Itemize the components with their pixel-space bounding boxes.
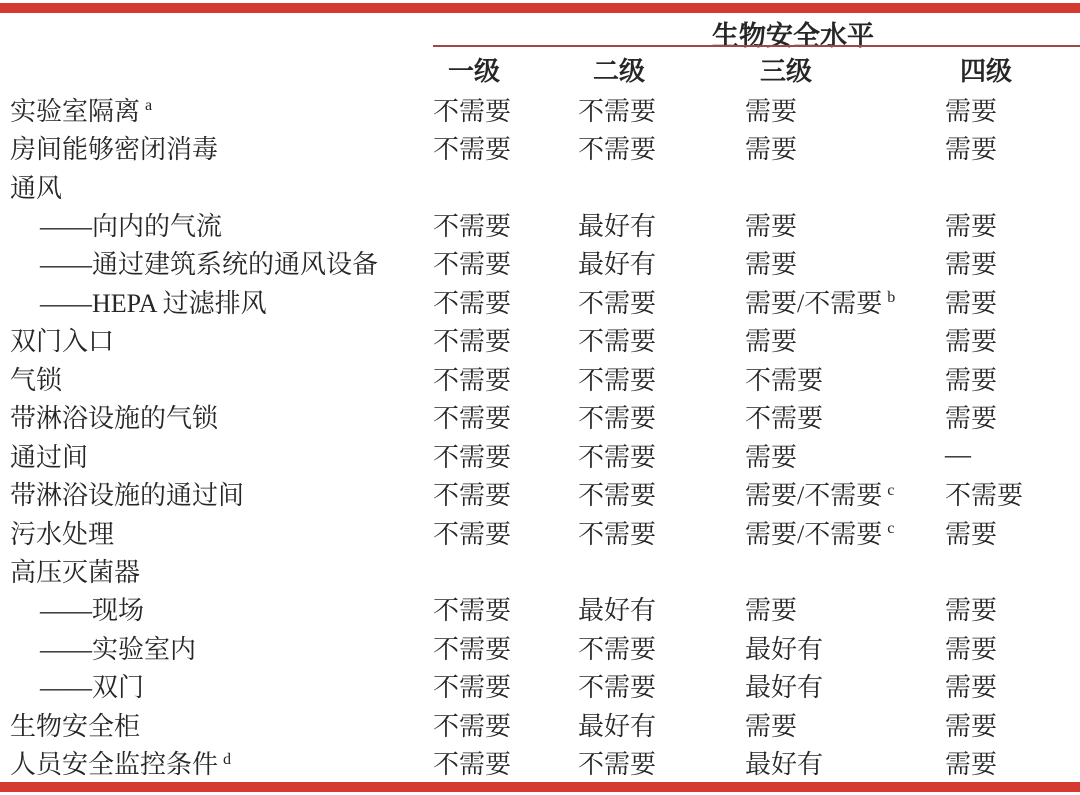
cell-value: 需要 (745, 327, 797, 356)
row-label-text: ——HEPA 过滤排风 (40, 289, 267, 318)
cell-level-4: 需要 (945, 283, 1080, 320)
top-red-rule (0, 3, 1080, 13)
cell-value: 不需要 (578, 520, 656, 549)
cell-level-2: 不需要 (578, 514, 745, 551)
cell-level-1: 不需要 (433, 398, 578, 435)
cell-value: 不需要 (433, 212, 511, 241)
cell-value: 需要 (945, 404, 997, 433)
cell-value: 不需要 (578, 404, 656, 433)
row-label: 带淋浴设施的气锁 (0, 398, 433, 435)
cell-value: 不需要 (433, 635, 511, 664)
cell-level-1: 不需要 (433, 667, 578, 704)
cell-value: 不需要 (945, 481, 1023, 510)
row-label: 高压灭菌器 (0, 552, 433, 589)
cell-level-3: 需要 (745, 590, 945, 627)
cell-level-1: 不需要 (433, 514, 578, 551)
row-label-text: ——通过建筑系统的通风设备 (40, 250, 378, 279)
col-header-level-2: 二级 (578, 51, 745, 88)
cell-level-2: 最好有 (578, 244, 745, 281)
table-row: 人员安全监控条件d 不需要 不需要 最好有 需要 (0, 744, 1080, 782)
cell-level-4: 需要 (945, 667, 1080, 704)
cell-level-1: 不需要 (433, 706, 578, 743)
cell-level-2: 不需要 (578, 129, 745, 166)
cell-level-1: 不需要 (433, 629, 578, 666)
cell-value: 需要/不需要 (745, 481, 882, 510)
col-header-level-3: 三级 (745, 51, 945, 88)
row-label-superscript: a (145, 97, 152, 114)
table-row: 带淋浴设施的通过间 不需要 不需要 需要/不需要c 不需要 (0, 474, 1080, 512)
row-label: 通风 (0, 168, 433, 205)
cell-level-2: 不需要 (578, 744, 745, 781)
cell-value: 最好有 (578, 212, 656, 241)
row-label-text: 生物安全柜 (10, 712, 140, 741)
cell-level-4: 需要 (945, 629, 1080, 666)
cell-level-3: 不需要 (745, 398, 945, 435)
cell-level-4: 需要 (945, 129, 1080, 166)
row-label: ——现场 (0, 590, 433, 627)
cell-level-2: 最好有 (578, 590, 745, 627)
cell-level-4: 不需要 (945, 475, 1080, 512)
row-label: 污水处理 (0, 514, 433, 551)
cell-value: 不需要 (433, 135, 511, 164)
row-label-text: 房间能够密闭消毒 (10, 135, 218, 164)
cell-level-3: 需要 (745, 129, 945, 166)
cell-value: 需要 (945, 135, 997, 164)
table-row: ——向内的气流 不需要 最好有 需要 需要 (0, 205, 1080, 243)
row-label-text: 污水处理 (10, 520, 114, 549)
cell-level-4: 需要 (945, 744, 1080, 781)
cell-level-4: 需要 (945, 244, 1080, 281)
cell-level-4: 需要 (945, 360, 1080, 397)
row-label-text: 人员安全监控条件 (10, 750, 218, 779)
row-label-superscript: d (223, 751, 231, 768)
cell-level-4: 需要 (945, 398, 1080, 435)
cell-level-1: 不需要 (433, 475, 578, 512)
row-label-text: 实验室隔离 (10, 97, 140, 126)
col-header-level-1: 一级 (433, 51, 578, 88)
cell-level-2: 最好有 (578, 206, 745, 243)
cell-value: 需要 (745, 212, 797, 241)
cell-value: 不需要 (578, 366, 656, 395)
cell-level-4: 需要 (945, 590, 1080, 627)
cell-value: 不需要 (433, 366, 511, 395)
cell-value: 需要 (745, 135, 797, 164)
col-header-level-4: 四级 (945, 51, 1080, 88)
cell-level-3: 需要/不需要b (745, 283, 945, 320)
cell-value: 需要 (745, 250, 797, 279)
cell-value: 不需要 (578, 135, 656, 164)
cell-value: 最好有 (745, 750, 823, 779)
cell-level-3: 最好有 (745, 744, 945, 781)
row-label: 气锁 (0, 360, 433, 397)
table-row: ——实验室内 不需要 不需要 最好有 需要 (0, 628, 1080, 666)
cell-value: 不需要 (433, 520, 511, 549)
bottom-red-rule (0, 782, 1080, 792)
row-label: 实验室隔离a (0, 91, 433, 128)
cell-value: 需要 (745, 712, 797, 741)
cell-value: 最好有 (745, 635, 823, 664)
cell-value: 需要 (945, 635, 997, 664)
cell-level-3: 需要 (745, 321, 945, 358)
cell-level-1: 不需要 (433, 321, 578, 358)
row-label: ——向内的气流 (0, 206, 433, 243)
cell-value: 不需要 (433, 289, 511, 318)
cell-value: 不需要 (578, 443, 656, 472)
row-label: ——实验室内 (0, 629, 433, 666)
cell-level-4: — (945, 440, 1080, 470)
cell-value: 需要 (945, 289, 997, 318)
cell-value: 需要 (745, 97, 797, 126)
cell-value: 最好有 (578, 250, 656, 279)
cell-value: 不需要 (578, 97, 656, 126)
table-row: ——双门 不需要 不需要 最好有 需要 (0, 667, 1080, 705)
cell-level-1: 不需要 (433, 437, 578, 474)
cell-level-2: 不需要 (578, 321, 745, 358)
cell-value: 不需要 (433, 404, 511, 433)
row-label-text: ——现场 (40, 596, 144, 625)
row-label-text: 通风 (10, 174, 62, 203)
cell-level-1: 不需要 (433, 283, 578, 320)
cell-value: 需要/不需要 (745, 520, 882, 549)
cell-level-2: 不需要 (578, 629, 745, 666)
cell-level-3: 需要/不需要c (745, 475, 945, 512)
cell-level-3: 需要 (745, 706, 945, 743)
cell-level-1: 不需要 (433, 360, 578, 397)
row-label: ——HEPA 过滤排风 (0, 283, 433, 320)
table-row: 气锁 不需要 不需要 不需要 需要 (0, 359, 1080, 397)
table-row: ——HEPA 过滤排风 不需要 不需要 需要/不需要b 需要 (0, 282, 1080, 320)
row-label-text: 高压灭菌器 (10, 558, 140, 587)
cell-value: 需要 (945, 97, 997, 126)
cell-level-1: 不需要 (433, 129, 578, 166)
table-row: ——现场 不需要 最好有 需要 需要 (0, 590, 1080, 628)
cell-value: 不需要 (578, 673, 656, 702)
cell-value: 不需要 (433, 443, 511, 472)
cell-value: 需要 (745, 443, 797, 472)
cell-value: 最好有 (745, 673, 823, 702)
cell-value: 不需要 (578, 327, 656, 356)
cell-value: 需要 (945, 750, 997, 779)
cell-value: 最好有 (578, 712, 656, 741)
row-label-text: 带淋浴设施的通过间 (10, 481, 244, 510)
cell-level-1: 不需要 (433, 590, 578, 627)
cell-value: 需要 (945, 366, 997, 395)
table-row: 高压灭菌器 (0, 551, 1080, 589)
table-row: 生物安全柜 不需要 最好有 需要 需要 (0, 705, 1080, 743)
cell-value: 需要 (945, 212, 997, 241)
cell-superscript: c (887, 482, 894, 499)
cell-value: 需要 (945, 250, 997, 279)
cell-value: 需要 (945, 712, 997, 741)
cell-value: 需要 (945, 673, 997, 702)
cell-level-2: 不需要 (578, 398, 745, 435)
cell-value: 需要 (945, 596, 997, 625)
cell-level-4: 需要 (945, 706, 1080, 743)
cell-value: 不需要 (578, 481, 656, 510)
row-label: 房间能够密闭消毒 (0, 129, 433, 166)
row-label: 通过间 (0, 437, 433, 474)
cell-value: 不需要 (433, 712, 511, 741)
cell-level-2: 不需要 (578, 475, 745, 512)
row-label-text: 气锁 (10, 366, 62, 395)
table-row: 通风 (0, 167, 1080, 205)
row-label: 生物安全柜 (0, 706, 433, 743)
cell-level-2: 不需要 (578, 360, 745, 397)
row-label-text: ——向内的气流 (40, 212, 222, 241)
cell-level-4: 需要 (945, 91, 1080, 128)
level-header-row: 一级 二级 三级 四级 (0, 48, 1080, 90)
row-label: 人员安全监控条件d (0, 744, 433, 781)
table-row: 通过间 不需要 不需要 需要 — (0, 436, 1080, 474)
cell-value: 不需要 (745, 404, 823, 433)
row-label-text: 双门入口 (10, 327, 114, 356)
row-label: 带淋浴设施的通过间 (0, 475, 433, 512)
cell-level-3: 需要/不需要c (745, 514, 945, 551)
cell-superscript: c (887, 520, 894, 537)
cell-level-1: 不需要 (433, 744, 578, 781)
cell-value: 需要 (945, 327, 997, 356)
cell-level-4: 需要 (945, 321, 1080, 358)
group-header-rule (433, 45, 1080, 47)
row-label-text: 通过间 (10, 443, 88, 472)
cell-value: 不需要 (433, 596, 511, 625)
cell-level-3: 需要 (745, 244, 945, 281)
cell-level-4: 需要 (945, 206, 1080, 243)
cell-level-2: 不需要 (578, 437, 745, 474)
cell-level-3: 不需要 (745, 360, 945, 397)
cell-level-3: 需要 (745, 437, 945, 474)
cell-level-1: 不需要 (433, 206, 578, 243)
cell-superscript: b (887, 289, 895, 306)
row-label-text: 带淋浴设施的气锁 (10, 404, 218, 433)
cell-value: 最好有 (578, 596, 656, 625)
cell-level-1: 不需要 (433, 244, 578, 281)
cell-level-3: 最好有 (745, 667, 945, 704)
cell-level-3: 最好有 (745, 629, 945, 666)
cell-value: 不需要 (433, 327, 511, 356)
table-row: ——通过建筑系统的通风设备 不需要 最好有 需要 需要 (0, 244, 1080, 282)
table-row: 房间能够密闭消毒 不需要 不需要 需要 需要 (0, 128, 1080, 166)
cell-value: 不需要 (433, 481, 511, 510)
cell-level-2: 不需要 (578, 283, 745, 320)
cell-level-2: 不需要 (578, 667, 745, 704)
cell-value: 需要 (945, 520, 997, 549)
cell-value: 不需要 (578, 289, 656, 318)
cell-value: 需要/不需要 (745, 289, 882, 318)
cell-value: 不需要 (745, 366, 823, 395)
cell-value: 不需要 (433, 97, 511, 126)
cell-level-3: 需要 (745, 206, 945, 243)
row-label-text: ——实验室内 (40, 635, 196, 664)
table-row: 实验室隔离a 不需要 不需要 需要 需要 (0, 90, 1080, 128)
row-label-text: ——双门 (40, 673, 144, 702)
cell-value: 需要 (745, 596, 797, 625)
cell-value: 不需要 (578, 750, 656, 779)
cell-value: — (945, 440, 971, 469)
cell-level-4: 需要 (945, 514, 1080, 551)
row-label: ——通过建筑系统的通风设备 (0, 244, 433, 281)
cell-level-2: 不需要 (578, 91, 745, 128)
cell-value: 不需要 (578, 635, 656, 664)
cell-level-1: 不需要 (433, 91, 578, 128)
table-row: 双门入口 不需要 不需要 需要 需要 (0, 321, 1080, 359)
cell-level-3: 需要 (745, 91, 945, 128)
row-label: 双门入口 (0, 321, 433, 358)
cell-value: 不需要 (433, 250, 511, 279)
table-row: 污水处理 不需要 不需要 需要/不需要c 需要 (0, 513, 1080, 551)
table-row: 带淋浴设施的气锁 不需要 不需要 不需要 需要 (0, 398, 1080, 436)
row-label: ——双门 (0, 667, 433, 704)
cell-level-2: 最好有 (578, 706, 745, 743)
cell-value: 不需要 (433, 673, 511, 702)
cell-value: 不需要 (433, 750, 511, 779)
table-body: 实验室隔离a 不需要 不需要 需要 需要 房间能够密闭消毒 不需要 不需要 需要… (0, 90, 1080, 782)
